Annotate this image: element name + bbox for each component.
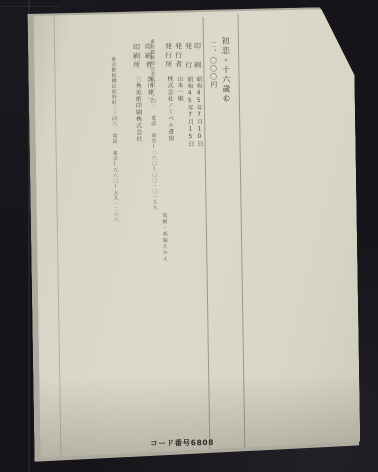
entry-label: 印刷所 xyxy=(132,43,140,70)
colophon-page: 初恋・十六歳© 二、〇〇〇円 印 刷昭和45年7月10日 発 行昭和45年7月1… xyxy=(33,9,360,458)
design-credit: 装幀・西脇たかえ xyxy=(161,213,168,263)
book-page-wrap: 初恋・十六歳© 二、〇〇〇円 印 刷昭和45年7月10日 発 行昭和45年7月1… xyxy=(0,0,378,472)
colophon-entry-printing-company: 印刷所三秀美術印刷株式会社 xyxy=(127,43,147,142)
vertical-rule-outer xyxy=(238,14,246,450)
entry-value: 株式会社ノーベル書房 xyxy=(166,76,174,142)
entry-value: 黒川兼一 xyxy=(146,76,153,103)
colophon-entry-publishing-house: 発行所株式会社ノーベル書房 xyxy=(159,42,179,141)
entry-label: 発行所 xyxy=(164,43,172,70)
printer-address: 東京都板橋区前野町二ノ四六 電話 東京(九六〇)五九一二六六 xyxy=(110,56,118,222)
code-number-stamp: コード番号6808 xyxy=(150,437,214,449)
page-gutter-line xyxy=(54,15,62,455)
book-price: 二、〇〇〇円 xyxy=(209,41,218,89)
photo-background: 初恋・十六歳© 二、〇〇〇円 印 刷昭和45年7月10日 発 行昭和45年7月1… xyxy=(0,0,378,472)
entry-value: 三秀美術印刷株式会社 xyxy=(134,76,142,142)
book-title: 初恋・十六歳© xyxy=(221,37,231,105)
